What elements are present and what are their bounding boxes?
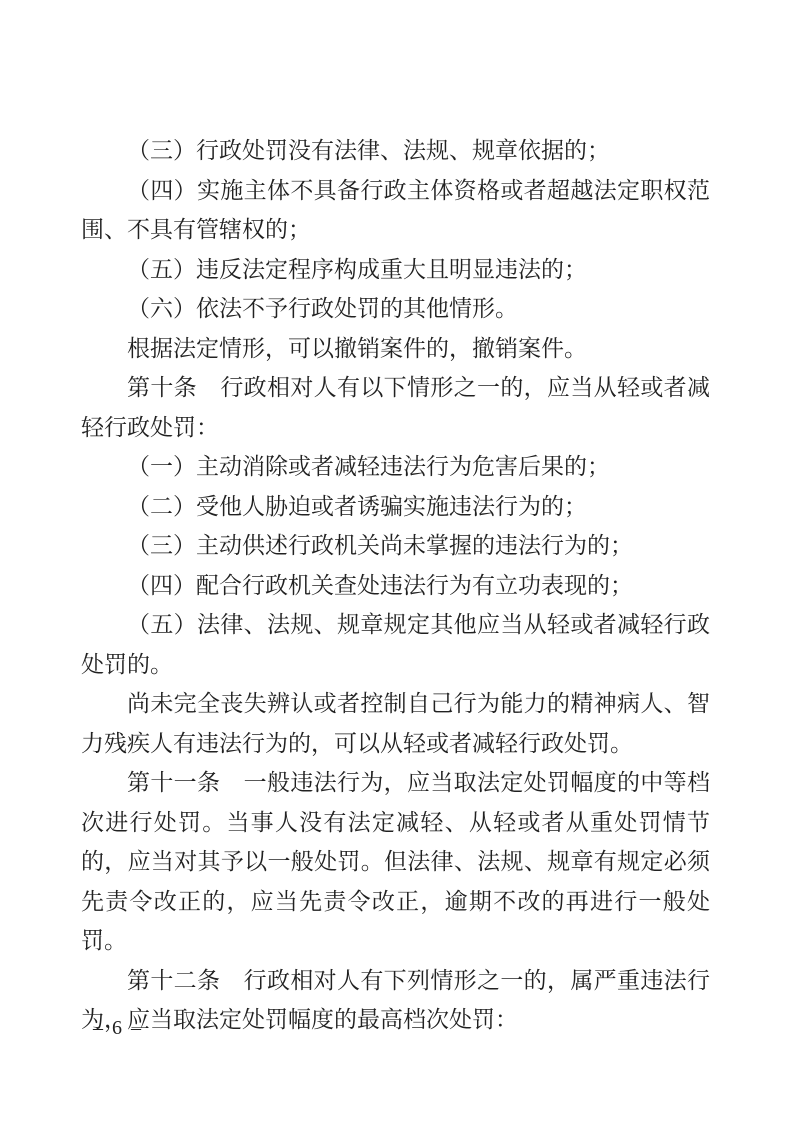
document-page: （三）行政处罚没有法律、法规、规章依据的； （四）实施主体不具备行政主体资格或者… [0, 0, 793, 1122]
article-11-paragraph: 第十一条 一般违法行为，应当取法定处罚幅度的中等档次进行处罚。当事人没有法定减轻… [81, 763, 710, 961]
article-10-item-3: （三）主动供述行政机关尚未掌握的违法行为的； [81, 526, 710, 566]
article-10-item-4: （四）配合行政机关查处违法行为有立功表现的； [81, 566, 710, 606]
clause-invalid-3: （三）行政处罚没有法律、法规、规章依据的； [81, 131, 710, 171]
page-body: （三）行政处罚没有法律、法规、规章依据的； （四）实施主体不具备行政主体资格或者… [81, 131, 710, 1040]
page-number: – 6 – [93, 1015, 143, 1041]
paragraph-revoke-case: 根据法定情形，可以撤销案件的，撤销案件。 [81, 329, 710, 369]
clause-invalid-5: （五）违反法定程序构成重大且明显违法的； [81, 250, 710, 290]
clause-invalid-6: （六）依法不予行政处罚的其他情形。 [81, 289, 710, 329]
clause-invalid-4: （四）实施主体不具备行政主体资格或者超越法定职权范围、不具有管辖权的； [81, 171, 710, 250]
article-10-item-1: （一）主动消除或者减轻违法行为危害后果的； [81, 447, 710, 487]
article-12-paragraph: 第十二条 行政相对人有下列情形之一的，属严重违法行为，应当取法定处罚幅度的最高档… [81, 961, 710, 1040]
article-10-heading-paragraph: 第十条 行政相对人有以下情形之一的，应当从轻或者减轻行政处罚： [81, 368, 710, 447]
article-10-item-2: （二）受他人胁迫或者诱骗实施违法行为的； [81, 487, 710, 527]
article-10-item-5: （五）法律、法规、规章规定其他应当从轻或者减轻行政处罚的。 [81, 605, 710, 684]
article-10-supplement-paragraph: 尚未完全丧失辨认或者控制自己行为能力的精神病人、智力残疾人有违法行为的，可以从轻… [81, 684, 710, 763]
